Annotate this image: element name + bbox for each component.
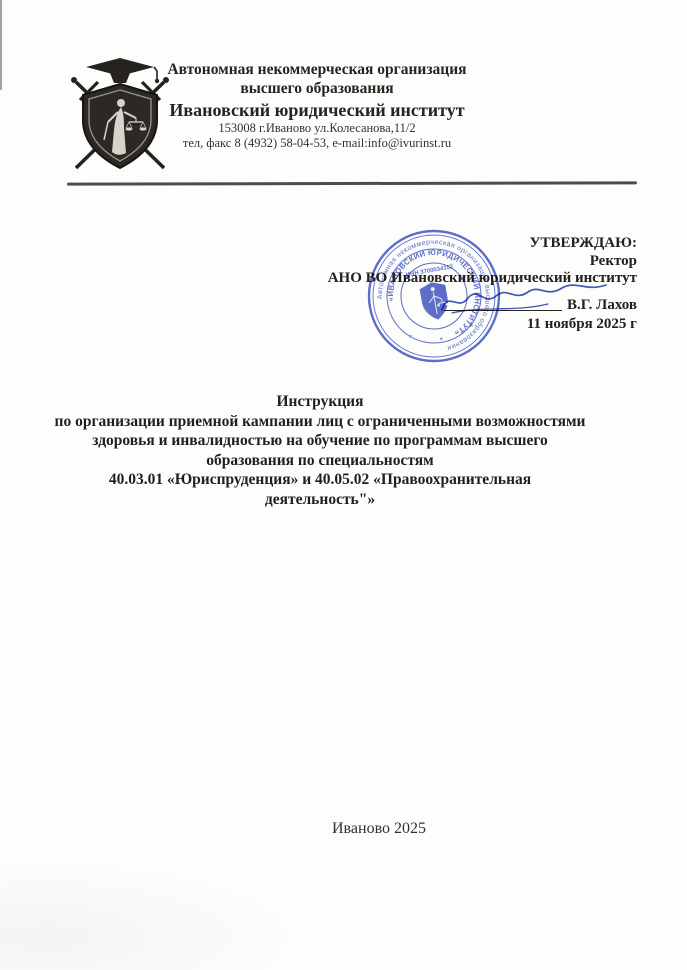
rector-signature (436, 278, 614, 318)
stamp-inn-text: ИНН 3700034152 (405, 264, 454, 278)
title-line: здоровья и инвалидностью на обучение по … (0, 431, 640, 451)
approve-label: УТВЕРЖДАЮ: (529, 235, 637, 252)
org-name-line1: Автономная некоммерческая организация (0, 60, 634, 79)
title-line: Инструкция (0, 392, 640, 412)
document-page: Автономная некоммерческая организация вы… (0, 0, 687, 970)
institute-name: Ивановский юридический институт (0, 100, 634, 121)
title-line: образования по специальностям (0, 451, 640, 471)
title-line: 40.03.01 «Юриспруденция» и 40.05.02 «Пра… (0, 470, 640, 490)
letterhead: Автономная некоммерческая организация вы… (0, 60, 634, 151)
title-line: деятельность"» (0, 490, 640, 510)
approval-date: 11 ноября 2025 г (527, 316, 637, 333)
header-divider (67, 181, 637, 185)
title-line: по организации приемной кампании лиц с о… (0, 412, 640, 432)
institute-contacts: тел, факс 8 (4932) 58-04-53, e-mail:info… (0, 136, 634, 151)
institute-address: 153008 г.Иваново ул.Колесанова,11/2 (0, 121, 634, 136)
stamp-star-center: * (439, 335, 445, 346)
org-name-line2: высшего образования (0, 79, 634, 98)
approver-position: Ректор (590, 253, 637, 270)
city-year: Иваново 2025 (332, 820, 426, 838)
document-title: Инструкция по организации приемной кампа… (0, 392, 640, 510)
